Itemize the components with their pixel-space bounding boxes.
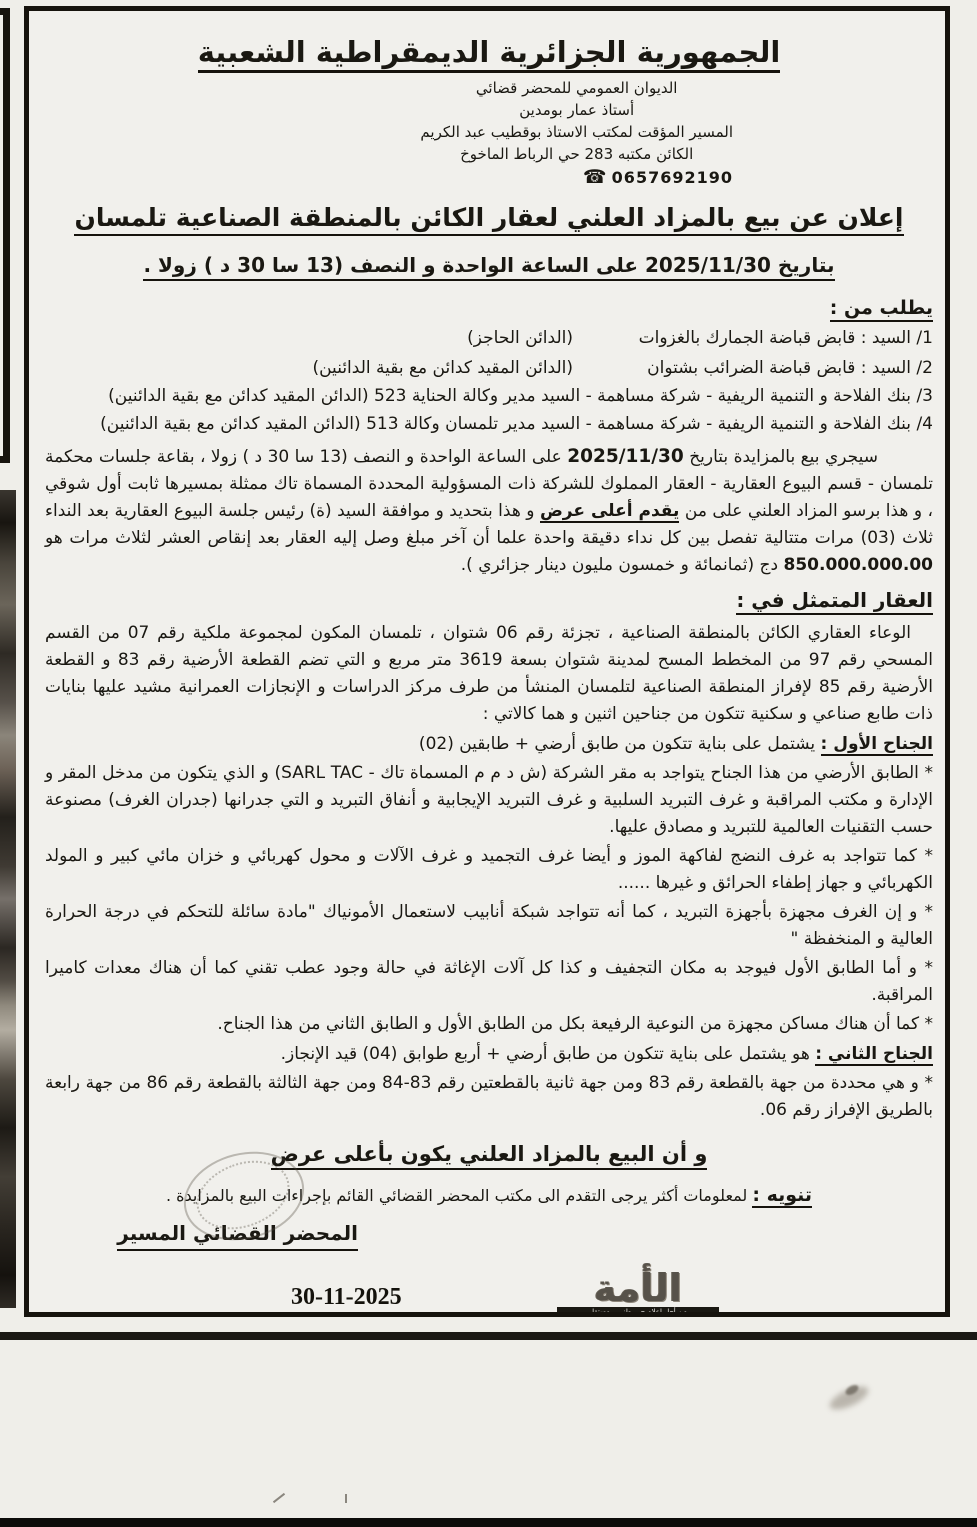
creditor-item-4: 4/ بنك الفلاحة و التنمية الريفية - شركة … <box>45 410 933 438</box>
adjacent-photo-strip <box>0 490 16 1308</box>
property-heading: العقار المتمثل في : <box>45 585 933 615</box>
wing-2-line: الجناح الثاني : هو يشتمل على بناية تتكون… <box>45 1040 933 1068</box>
national-header-title: الجمهورية الجزائرية الديمقراطية الشعبية <box>45 33 933 71</box>
bailiff-signature: المحضر القضائي المسير <box>117 1221 358 1251</box>
phone-number: 0657692190 <box>612 167 733 189</box>
wing-1-text: يشتمل على بناية تتكون من طابق أرضي + طاب… <box>419 734 821 754</box>
adjacent-column-frame-bottom <box>0 456 10 463</box>
property-bullet-2: * كما تتواجد به غرف النضج لفاكهة الموز و… <box>45 843 933 897</box>
adjacent-column-frame-edge <box>3 8 10 463</box>
auction-date-bold: 2025/11/30 <box>567 446 684 467</box>
auction-notice-frame: الجمهورية الجزائرية الديمقراطية الشعبية … <box>24 6 950 1317</box>
creditor-2-note: (الدائن المقيد كدائن مع بقية الدائنين) <box>312 354 573 382</box>
newspaper-logo: الأمة من أجل إعلام حر وطني و مستقل <box>557 1269 719 1317</box>
bailiff-office-block: الديوان العمومي للمحضر قضائي أستاذ عمار … <box>420 77 733 189</box>
notice-label: تنويه : <box>752 1184 812 1208</box>
creditor-1-text: 1/ السيد : قابض قباضة الجمارك بالغزوات <box>639 328 933 348</box>
notice-text: لمعلومات أكثر يرجى التقدم الى مكتب المحض… <box>166 1186 752 1205</box>
highest-bid-phrase: يقدم أعلى عرض <box>540 501 680 523</box>
creditor-item-2: 2/ السيد : قابض قباضة الضرائب بشتوان (ال… <box>45 354 933 382</box>
property-description: الوعاء العقاري الكائن بالمنطقة الصناعية … <box>45 620 933 728</box>
property-bullet-1: * الطابق الأرضي من هذا الجناح يتواجد به … <box>45 760 933 841</box>
newspaper-logo-text: الأمة <box>557 1269 719 1307</box>
newspaper-logo-tagline: من أجل إعلام حر وطني و مستقل <box>557 1307 719 1317</box>
property-bullet-3: * و إن الغرف مجهزة بأجهزة التبريد ، كما … <box>45 899 933 953</box>
wing-2-text: هو يشتمل على بناية تتكون من طابق أرضي + … <box>281 1044 816 1064</box>
office-line-2: أستاذ عمار بومدين <box>420 99 733 121</box>
reserve-price: 850.000.000.00 <box>784 555 934 575</box>
pen-mark <box>273 1493 285 1503</box>
page-separator-rule <box>0 1332 977 1340</box>
auction-date-line: بتاريخ 2025/11/30 على الساعة الواحدة و ا… <box>45 251 933 279</box>
announcement-title: إعلان عن بيع بالمزاد العلني لعقار الكائن… <box>45 201 933 234</box>
pen-mark <box>345 1494 347 1503</box>
requested-by-heading: يطلب من : <box>45 294 933 322</box>
office-line-4: الكائن مكتبه 283 حي الرباط الماخوخ <box>420 143 733 165</box>
highest-offer-line: و أن البيع بالمزاد العلني يكون بأعلى عرض <box>45 1139 933 1169</box>
office-line-3: المسير المؤقت لمكتب الاستاذ بوقطيب عبد ا… <box>420 121 733 143</box>
wing-2-label: الجناح الثاني : <box>815 1044 933 1066</box>
office-line-1: الديوان العمومي للمحضر قضائي <box>420 77 733 99</box>
auction-terms-seg: دج (ثمانمائة و خمسون مليون دينار جزائري … <box>461 555 784 575</box>
creditor-item-1: 1/ السيد : قابض قباضة الجمارك بالغزوات (… <box>45 324 933 352</box>
creditor-1-note: (الدائن الحاجز) <box>467 324 573 352</box>
phone-row: 0657692190 ☎ <box>340 166 733 189</box>
publication-date: 30-11-2025 <box>291 1284 402 1311</box>
wing-1-line: الجناح الأول : يشتمل على بناية تتكون من … <box>45 730 933 758</box>
auction-terms-seg: سيجري بيع بالمزايدة بتاريخ <box>684 447 878 467</box>
adjacent-column-frame-top <box>0 8 10 15</box>
creditor-item-3: 3/ بنك الفلاحة و التنمية الريفية - شركة … <box>45 382 933 410</box>
notice-line: تنويه : لمعلومات أكثر يرجى التقدم الى مك… <box>45 1182 933 1209</box>
creditor-2-text: 2/ السيد : قابض قباضة الضرائب بشتوان <box>647 358 933 378</box>
auction-terms-paragraph: سيجري بيع بالمزايدة بتاريخ 2025/11/30 عل… <box>45 443 933 579</box>
property-bullet-4: * و أما الطابق الأول فيوجد به مكان التجف… <box>45 955 933 1009</box>
wing-1-label: الجناح الأول : <box>821 734 933 756</box>
phone-icon: ☎ <box>583 166 607 188</box>
page-bottom-edge <box>0 1518 977 1527</box>
property-bullet-5: * كما أن هناك مساكن مجهزة من النوعية الر… <box>45 1011 933 1038</box>
property-bullet-6: * و هي محددة من جهة بالقطعة رقم 83 ومن ج… <box>45 1070 933 1124</box>
